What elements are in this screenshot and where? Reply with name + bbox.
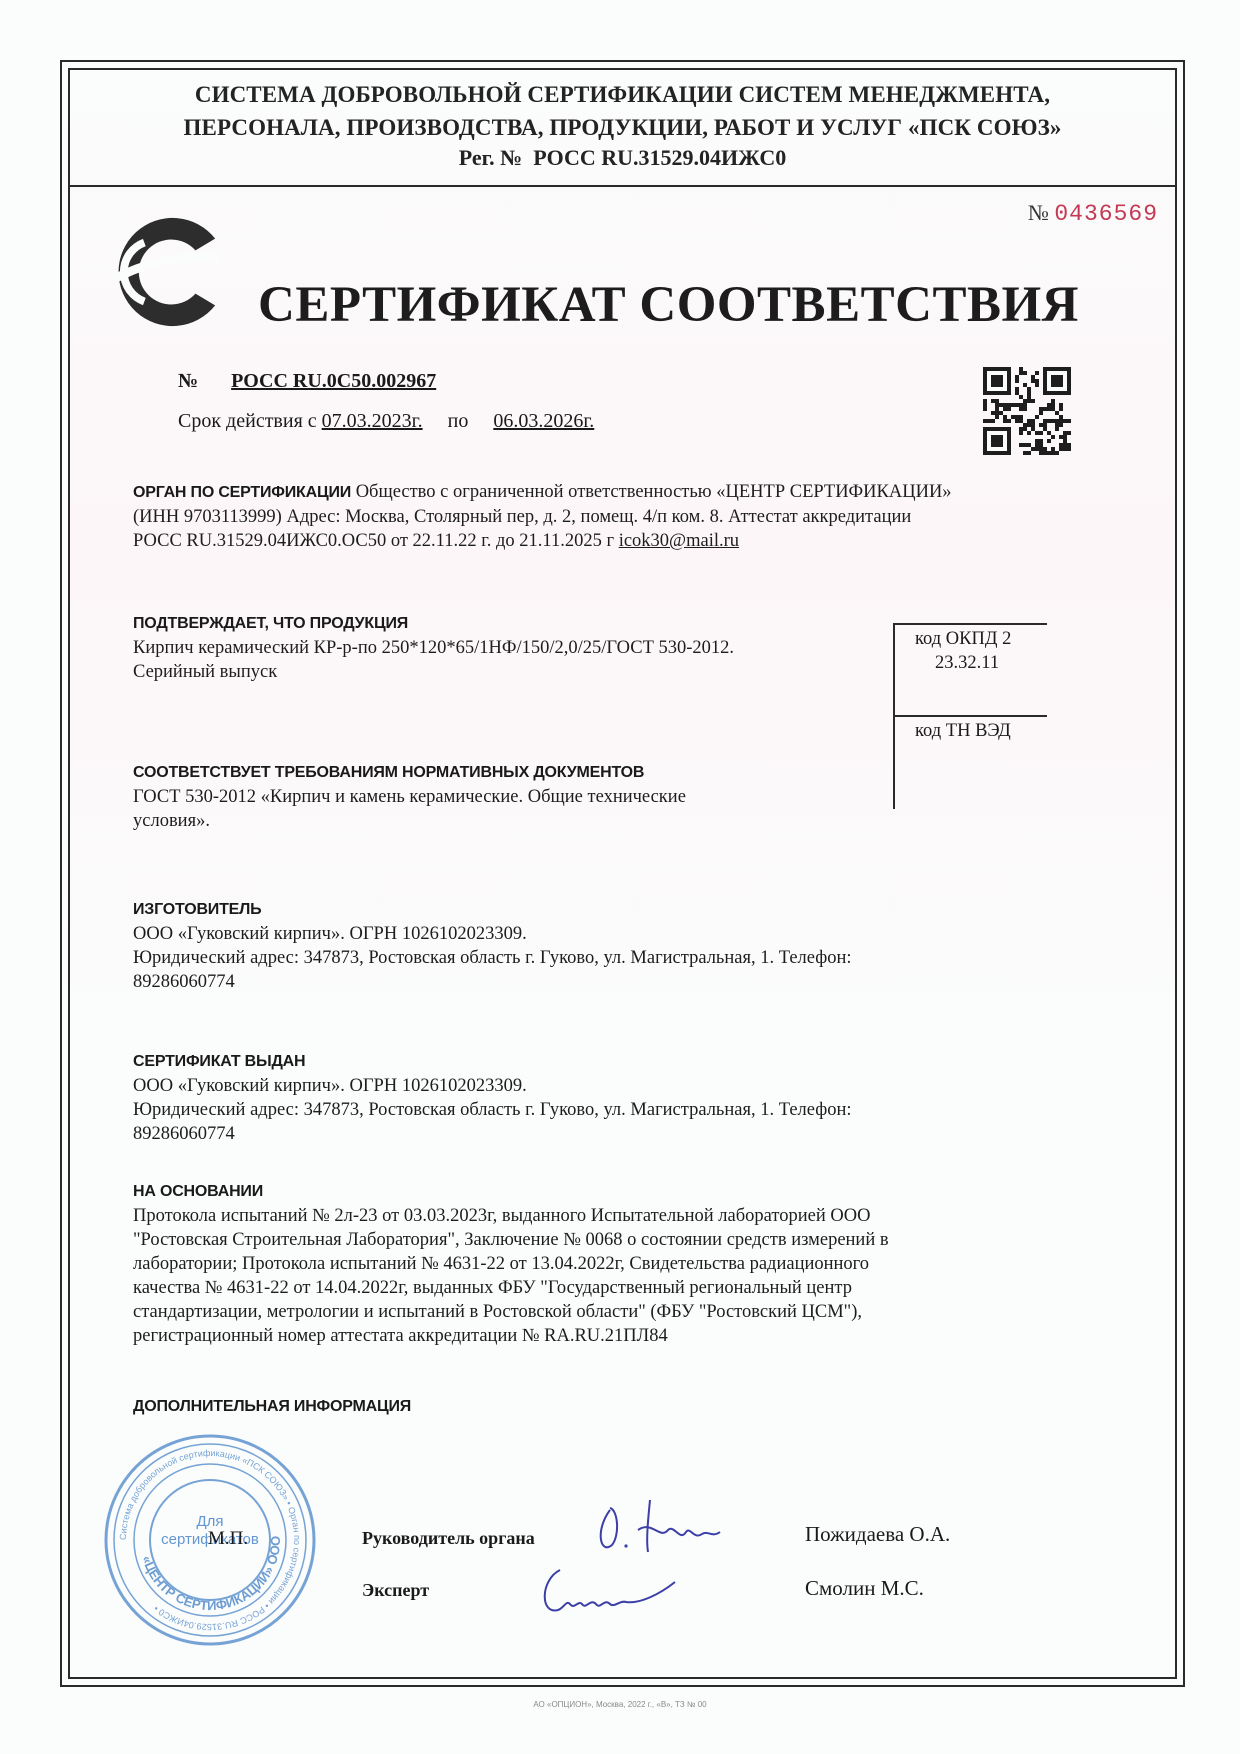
- basis-line: Протокола испытаний № 2л-23 от 03.03.202…: [133, 1204, 1013, 1228]
- system-title-line-1: СИСТЕМА ДОБРОВОЛЬНОЙ СЕРТИФИКАЦИИ СИСТЕМ…: [70, 78, 1175, 111]
- certification-system-title: СИСТЕМА ДОБРОВОЛЬНОЙ СЕРТИФИКАЦИИ СИСТЕМ…: [70, 78, 1175, 144]
- head-of-body-name: Пожидаева О.А.: [805, 1522, 950, 1547]
- product-release-type: Серийный выпуск: [133, 660, 853, 684]
- issued-to-address: Юридический адрес: 347873, Ростовская об…: [133, 1098, 993, 1122]
- system-title-line-2: ПЕРСОНАЛА, ПРОИЗВОДСТВА, ПРОДУКЦИИ, РАБО…: [70, 111, 1175, 144]
- basis-line: лаборатории; Протокола испытаний № 4631-…: [133, 1252, 1013, 1276]
- issued-to-phone: 89286060774: [133, 1122, 993, 1146]
- organ-heading: ОРГАН ПО СЕРТИФИКАЦИИ: [133, 484, 351, 501]
- expert-name: Смолин М.С.: [805, 1576, 924, 1601]
- manufacturer-heading: ИЗГОТОВИТЕЛЬ: [133, 898, 993, 922]
- reg-label: Рег. №: [459, 145, 523, 170]
- head-signature-icon: [590, 1490, 730, 1560]
- organ-text-line-3: РОСС RU.31529.04ИЖС0.ОС50 от 22.11.22 г.…: [133, 531, 614, 551]
- issued-to-name: ООО «Гуковский кирпич». ОГРН 10261020233…: [133, 1074, 993, 1098]
- reg-number: РОСС RU.31529.04ИЖС0: [533, 145, 786, 170]
- manufacturer-name: ООО «Гуковский кирпич». ОГРН 10261020233…: [133, 922, 993, 946]
- additional-info-section: ДОПОЛНИТЕЛЬНАЯ ИНФОРМАЦИЯ: [133, 1395, 633, 1419]
- docs-line-1: ГОСТ 530-2012 «Кирпич и камень керамичес…: [133, 785, 853, 809]
- printer-imprint: АО «ОПЦИОН», Москва, 2022 г., «В», ТЗ № …: [0, 1700, 1240, 1709]
- organ-text-line-2: (ИНН 9703113999) Адрес: Москва, Столярны…: [133, 505, 1073, 529]
- euro-c-logo-icon: [105, 212, 223, 332]
- basis-line: стандартизации, метрологии и испытаний в…: [133, 1300, 1013, 1324]
- validity-period: Срок действия с 07.03.2023г. по 06.03.20…: [178, 410, 594, 433]
- cert-number-label: №: [178, 370, 198, 392]
- codes-top-line: [895, 623, 1047, 625]
- certificate-number: № РОСС RU.0С50.002967: [178, 370, 436, 393]
- valid-to: 06.03.2026г.: [493, 410, 594, 432]
- product-heading: ПОДТВЕРЖДАЕТ, ЧТО ПРОДУКЦИЯ: [133, 612, 853, 636]
- header-divider: [70, 185, 1175, 187]
- document-title: СЕРТИФИКАТ СООТВЕТСТВИЯ: [258, 276, 1079, 334]
- tnved-label: код ТН ВЭД: [915, 721, 1011, 742]
- expert-label: Эксперт: [362, 1580, 429, 1601]
- valid-from: 07.03.2023г.: [322, 410, 423, 432]
- normative-documents-section: СООТВЕТСТВУЕТ ТРЕБОВАНИЯМ НОРМАТИВНЫХ ДО…: [133, 761, 853, 833]
- qr-code-icon[interactable]: [983, 367, 1071, 455]
- product-description: Кирпич керамический КР-р-по 250*120*65/1…: [133, 636, 853, 660]
- seal-place-label: М.П.: [208, 1528, 248, 1550]
- basis-line: регистрационный номер аттестата аккредит…: [133, 1324, 1013, 1348]
- cert-number-value: РОСС RU.0С50.002967: [231, 370, 436, 392]
- serial-value: 0436569: [1054, 201, 1158, 227]
- certification-body-section: ОРГАН ПО СЕРТИФИКАЦИИ Общество с огранич…: [133, 480, 1073, 553]
- okpd-label: код ОКПД 2: [915, 629, 1011, 650]
- validity-label: Срок действия с: [178, 410, 317, 432]
- codes-middle-line: [895, 715, 1047, 717]
- basis-line: качества № 4631-22 от 14.04.2022г, выдан…: [133, 1276, 1013, 1300]
- docs-line-2: условия».: [133, 809, 853, 833]
- issued-to-section: СЕРТИФИКАТ ВЫДАН ООО «Гуковский кирпич».…: [133, 1050, 993, 1146]
- organ-email-link[interactable]: icok30@mail.ru: [619, 531, 739, 551]
- head-of-body-label: Руководитель органа: [362, 1528, 535, 1549]
- okpd-value: 23.32.11: [935, 653, 999, 674]
- basis-heading: НА ОСНОВАНИИ: [133, 1180, 1013, 1204]
- form-serial-number: № 0436569: [1028, 200, 1158, 227]
- product-section: ПОДТВЕРЖДАЕТ, ЧТО ПРОДУКЦИЯ Кирпич керам…: [133, 612, 853, 684]
- validity-to-label: по: [448, 410, 469, 432]
- classification-codes-box: код ОКПД 2 23.32.11 код ТН ВЭД: [893, 623, 1047, 809]
- serial-label: №: [1028, 200, 1049, 225]
- additional-info-heading: ДОПОЛНИТЕЛЬНАЯ ИНФОРМАЦИЯ: [133, 1395, 633, 1419]
- system-registration-number: Рег. № РОСС RU.31529.04ИЖС0: [70, 145, 1175, 171]
- manufacturer-section: ИЗГОТОВИТЕЛЬ ООО «Гуковский кирпич». ОГР…: [133, 898, 993, 994]
- issued-to-heading: СЕРТИФИКАТ ВЫДАН: [133, 1050, 993, 1074]
- basis-line: "Ростовская Строительная Лаборатория", З…: [133, 1228, 1013, 1252]
- expert-signature-icon: [530, 1560, 680, 1620]
- manufacturer-phone: 89286060774: [133, 970, 993, 994]
- docs-heading: СООТВЕТСТВУЕТ ТРЕБОВАНИЯМ НОРМАТИВНЫХ ДО…: [133, 761, 853, 785]
- manufacturer-address: Юридический адрес: 347873, Ростовская об…: [133, 946, 993, 970]
- organ-text-line-1: Общество с ограниченной ответственностью…: [356, 482, 952, 502]
- basis-section: НА ОСНОВАНИИ Протокола испытаний № 2л-23…: [133, 1180, 1013, 1348]
